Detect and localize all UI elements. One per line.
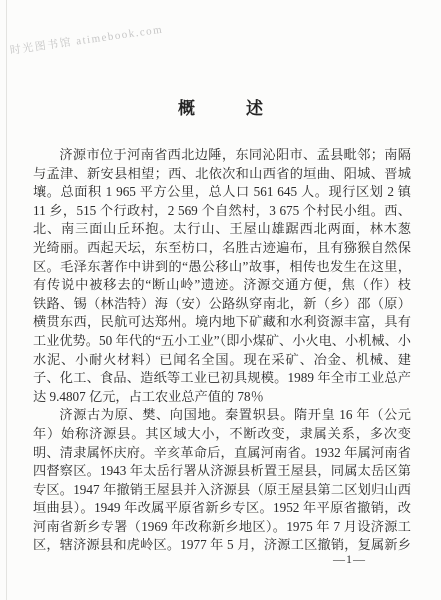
text-line: 北、南三面山丘环抱。太行山、王屋山雄踞西北两面，林木葱茂，风 [33, 220, 411, 239]
text-line: 明、清隶属怀庆府。辛亥革命后，直属河南省。1932 年属河南省第 [33, 444, 411, 463]
text-line: 有传说中被移去的“断山岭”遗迹。济源交通方便，焦（作）枝（城） [33, 276, 411, 295]
text-line: 光绮丽。西起天坛，东至枋口，名胜古迹遍布，且有猕猴自然保护 [33, 239, 411, 258]
text-line: 铁路、锡（林浩特）海（安）公路纵穿南北，新（乡）邵（原）公路 [33, 295, 411, 314]
text-line: 子、化工、食品、造纸等工业已初具规模。1989 年全市工业总产值 [33, 369, 411, 388]
text-line: 横贯东西，民航可达郑州。境内地下矿藏和水利资源丰富，具有发展 [33, 313, 411, 332]
scan-edge-line [6, 0, 7, 600]
scanned-page: 时光图书馆 atimebook.com 概 述 济源市位于河南省西北边陲，东同沁… [0, 0, 441, 600]
text-line: 专区。1947 年撤销王屋县并入济源县（原王屋县第二区划归山西省 [33, 481, 411, 500]
text-line: 济源古为原、樊、向国地。秦置轵县。隋开皇 16 年（公元 596 [33, 406, 411, 425]
text-line: 年）始称济源县。其区域大小，不断改变，隶属关系，多次变更。 [33, 425, 411, 444]
text-line: 垣曲县）。1949 年改属平原省新乡专区。1952 年平原省撤销，改属 [33, 499, 411, 518]
text-line: 壤。总面积 1 965 平方公里，总人口 561 645 人。现行区划 2 镇 [33, 183, 411, 202]
page-number: —1— [333, 552, 366, 567]
text-line: 河南省新乡专署（1969 年改称新乡地区）。1975 年 7 月设济源工 [33, 518, 411, 537]
text-line: 区。毛泽东著作中讲到的“愚公移山”故事，相传也发生在这里，现尚 [33, 258, 411, 277]
page-title: 概 述 [0, 94, 441, 119]
text-line: 与孟津、新安县相望；西、北依次和山西省的垣曲、阳城、晋城接 [33, 165, 411, 184]
watermark: 时光图书馆 atimebook.com [9, 21, 164, 58]
text-line: 工业优势。50 年代的“五小工业”（即小煤矿、小火电、小机械、小 [33, 332, 411, 351]
text-line: 四督察区。1943 年太岳行署从济源县析置王屋县，同属太岳区第四 [33, 462, 411, 481]
text-line: 济源市位于河南省西北边陲，东同沁阳市、孟县毗邻；南隔黄河 [33, 146, 411, 165]
text-line: 水泥、小耐火材料）已闻名全国。现在采矿、冶金、机械、建材、电 [33, 351, 411, 370]
text-line: 11 乡，515 个行政村，2 569 个自然村，3 675 个村民小组。西、 [33, 202, 411, 221]
document-body: 济源市位于河南省西北边陲，东同沁阳市、孟县毗邻；南隔黄河 与孟津、新安县相望；西… [33, 146, 411, 555]
text-line: 达 9.4807 亿元，占工农业总产值的 78％ [33, 388, 411, 407]
